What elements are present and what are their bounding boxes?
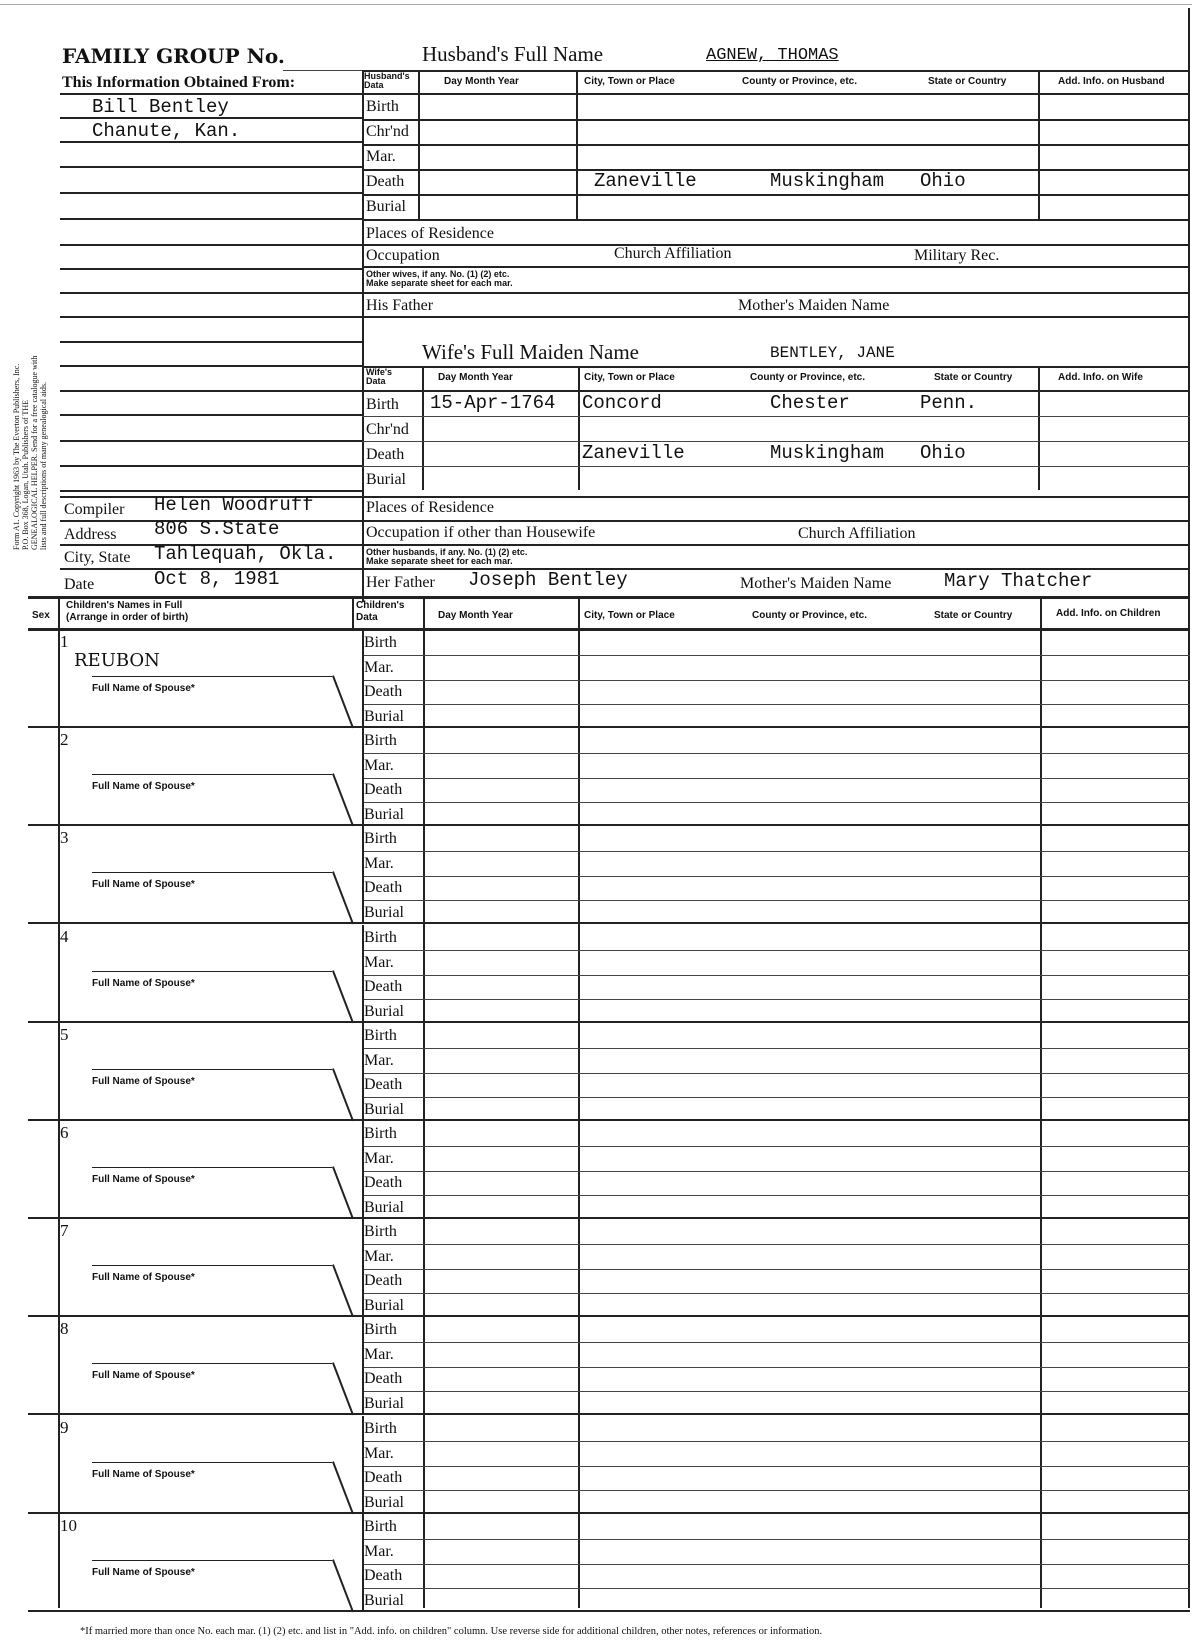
child-event-place[interactable] bbox=[580, 1219, 1038, 1242]
child-event-info[interactable] bbox=[1042, 1170, 1188, 1193]
child-event-label: Death bbox=[364, 683, 402, 701]
obtained-from-rule bbox=[60, 244, 362, 246]
spouse-label: Full Name of Spouse* bbox=[92, 782, 195, 791]
col-line bbox=[352, 598, 354, 628]
col-line bbox=[362, 1121, 364, 1219]
child-event-place[interactable] bbox=[580, 1293, 1038, 1316]
child-number: 4 bbox=[60, 927, 69, 947]
child-event-label: Burial bbox=[364, 904, 404, 922]
wife-event-label: Burial bbox=[366, 471, 406, 489]
obtained-from-rule bbox=[60, 440, 362, 442]
child-event-label: Burial bbox=[364, 1494, 404, 1512]
row-line bbox=[28, 1413, 1190, 1415]
child-event-date[interactable] bbox=[425, 1268, 577, 1291]
obtained-from-rule bbox=[60, 93, 362, 95]
spouse-label: Full Name of Spouse* bbox=[92, 880, 195, 889]
spouse-connector bbox=[332, 1068, 354, 1121]
right-edge bbox=[1188, 8, 1190, 1608]
child-event-info[interactable] bbox=[1042, 1416, 1188, 1439]
child-event-place[interactable] bbox=[580, 1366, 1038, 1389]
child-event-date[interactable] bbox=[425, 950, 577, 973]
child-event-date[interactable] bbox=[425, 1490, 577, 1513]
address-value[interactable]: 806 S.State bbox=[154, 518, 279, 540]
child-event-place[interactable] bbox=[580, 728, 1038, 751]
row-line bbox=[362, 219, 1190, 221]
wife-event-county[interactable]: Muskingham bbox=[770, 442, 884, 464]
child-event-info[interactable] bbox=[1042, 999, 1188, 1022]
child-event-label: Burial bbox=[364, 1101, 404, 1119]
her-father-label: Her Father bbox=[366, 574, 435, 592]
husband-residence-label: Places of Residence bbox=[366, 225, 494, 243]
wife-event-county[interactable]: Chester bbox=[770, 392, 850, 414]
row-line bbox=[362, 316, 1190, 318]
child-event-label: Mar. bbox=[364, 855, 394, 873]
child-event-info[interactable] bbox=[1042, 1072, 1188, 1095]
child-event-info[interactable] bbox=[1042, 1588, 1188, 1611]
husband-data-label: Husband'sData bbox=[364, 72, 410, 90]
child-event-info[interactable] bbox=[1042, 802, 1188, 825]
husband-event-label: Mar. bbox=[366, 148, 396, 166]
spouse-line bbox=[92, 1462, 332, 1463]
col-header-state: State or Country bbox=[934, 372, 1012, 383]
child-event-label: Birth bbox=[364, 1518, 397, 1536]
child-event-info[interactable] bbox=[1042, 777, 1188, 800]
child-event-info[interactable] bbox=[1042, 655, 1188, 678]
obtained-from-line-2[interactable]: Chanute, Kan. bbox=[92, 120, 240, 142]
child-event-label: Burial bbox=[364, 1592, 404, 1610]
spouse-connector bbox=[332, 970, 354, 1023]
child-event-label: Birth bbox=[364, 732, 397, 750]
child-event-date[interactable] bbox=[425, 875, 577, 898]
child-event-place[interactable] bbox=[580, 1268, 1038, 1291]
spouse-line bbox=[92, 676, 332, 677]
wife-residence-label: Places of Residence bbox=[366, 499, 494, 517]
child-event-info[interactable] bbox=[1042, 1219, 1188, 1242]
child-event-info[interactable] bbox=[1042, 1048, 1188, 1071]
child-event-place[interactable] bbox=[580, 851, 1038, 874]
child-event-place[interactable] bbox=[580, 1048, 1038, 1071]
his-mother-label: Mother's Maiden Name bbox=[738, 297, 889, 315]
wife-event-label: Death bbox=[366, 446, 404, 464]
child-event-date[interactable] bbox=[425, 704, 577, 727]
husband-event-label: Burial bbox=[366, 198, 406, 216]
child-event-info[interactable] bbox=[1042, 1563, 1188, 1586]
child-event-date[interactable] bbox=[425, 1391, 577, 1414]
child-event-info[interactable] bbox=[1042, 826, 1188, 849]
col-header-info: Add. Info. on Wife bbox=[1058, 372, 1143, 383]
child-event-label: Mar. bbox=[364, 1445, 394, 1463]
col-header-info: Add. Info. on Children bbox=[1056, 608, 1160, 619]
obtained-from-rule bbox=[60, 166, 362, 168]
husband-event-label: Birth bbox=[366, 98, 399, 116]
child-event-place[interactable] bbox=[580, 1514, 1038, 1537]
child-event-date[interactable] bbox=[425, 777, 577, 800]
child-event-place[interactable] bbox=[580, 704, 1038, 727]
child-event-info[interactable] bbox=[1042, 1146, 1188, 1169]
child-event-label: Death bbox=[364, 1370, 402, 1388]
child-event-date[interactable] bbox=[425, 826, 577, 849]
child-event-date[interactable] bbox=[425, 728, 577, 751]
her-mother-label: Mother's Maiden Name bbox=[740, 575, 891, 593]
child-event-place[interactable] bbox=[580, 655, 1038, 678]
address-label: Address bbox=[64, 526, 116, 544]
sex-header: Sex bbox=[32, 610, 50, 621]
child-event-info[interactable] bbox=[1042, 1391, 1188, 1414]
obtained-from-rule bbox=[60, 365, 362, 367]
col-line bbox=[362, 925, 364, 1023]
row-line bbox=[28, 1610, 1190, 1612]
spouse-line bbox=[92, 1363, 332, 1364]
child-event-date[interactable] bbox=[425, 999, 577, 1022]
child-event-place[interactable] bbox=[580, 925, 1038, 948]
child-event-place[interactable] bbox=[580, 1588, 1038, 1611]
child-event-place[interactable] bbox=[580, 1317, 1038, 1340]
col-header-date: Day Month Year bbox=[438, 372, 513, 383]
spouse-connector bbox=[332, 1559, 354, 1612]
child-event-place[interactable] bbox=[580, 950, 1038, 973]
child-event-info[interactable] bbox=[1042, 1244, 1188, 1267]
child-event-label: Death bbox=[364, 1567, 402, 1585]
child-event-info[interactable] bbox=[1042, 679, 1188, 702]
child-event-info[interactable] bbox=[1042, 900, 1188, 923]
child-event-label: Mar. bbox=[364, 1150, 394, 1168]
wife-name-label: Wife's Full Maiden Name bbox=[422, 340, 639, 365]
child-event-date[interactable] bbox=[425, 679, 577, 702]
child-event-date[interactable] bbox=[425, 1342, 577, 1365]
child-event-place[interactable] bbox=[580, 1195, 1038, 1218]
spouse-connector bbox=[332, 871, 354, 924]
husband-event-label: Death bbox=[366, 173, 404, 191]
child-event-date[interactable] bbox=[425, 655, 577, 678]
child-event-date[interactable] bbox=[425, 1465, 577, 1488]
child-event-label: Birth bbox=[364, 1027, 397, 1045]
husband-church-label: Church Affiliation bbox=[614, 245, 731, 263]
spouse-label: Full Name of Spouse* bbox=[92, 1273, 195, 1282]
children-table-top bbox=[28, 596, 1190, 599]
child-event-label: Mar. bbox=[364, 1052, 394, 1070]
row-line bbox=[362, 416, 1190, 417]
child-event-info[interactable] bbox=[1042, 875, 1188, 898]
husband-name-value[interactable]: AGNEW, THOMAS bbox=[706, 46, 839, 65]
spouse-line bbox=[92, 971, 332, 972]
husband-occupation-label: Occupation bbox=[366, 247, 440, 265]
children-names-header: Children's Names in Full(Arrange in orde… bbox=[66, 600, 188, 624]
husband-table-top bbox=[362, 70, 1190, 72]
child-event-date[interactable] bbox=[425, 1170, 577, 1193]
child-number: 10 bbox=[60, 1516, 77, 1536]
compiler-label: Compiler bbox=[64, 501, 124, 519]
spouse-label: Full Name of Spouse* bbox=[92, 684, 195, 693]
child-number: 9 bbox=[60, 1418, 69, 1438]
date-value[interactable]: Oct 8, 1981 bbox=[154, 568, 279, 590]
col-header-info: Add. Info. on Husband bbox=[1058, 76, 1165, 87]
col-header-city: City, Town or Place bbox=[584, 372, 675, 383]
child-event-place[interactable] bbox=[580, 999, 1038, 1022]
husband-event-county[interactable]: Muskingham bbox=[770, 170, 884, 192]
child-event-place[interactable] bbox=[580, 1342, 1038, 1365]
child-event-date[interactable] bbox=[425, 1219, 577, 1242]
child-event-label: Birth bbox=[364, 830, 397, 848]
child-number: 1 bbox=[60, 632, 69, 652]
child-event-date[interactable] bbox=[425, 1072, 577, 1095]
child-event-date[interactable] bbox=[425, 1588, 577, 1611]
spouse-connector bbox=[332, 675, 354, 728]
child-event-date[interactable] bbox=[425, 753, 577, 776]
child-event-info[interactable] bbox=[1042, 925, 1188, 948]
copyright-notice: Form A1. Copyright 1963 by The Everton P… bbox=[12, 300, 48, 550]
spouse-line bbox=[92, 774, 332, 775]
child-event-date[interactable] bbox=[425, 1146, 577, 1169]
obtained-from-rule bbox=[60, 414, 362, 416]
child-event-place[interactable] bbox=[580, 1097, 1038, 1120]
child-event-date[interactable] bbox=[425, 1195, 577, 1218]
child-event-label: Death bbox=[364, 1272, 402, 1290]
child-event-info[interactable] bbox=[1042, 704, 1188, 727]
child-event-date[interactable] bbox=[425, 1539, 577, 1562]
child-event-place[interactable] bbox=[580, 1490, 1038, 1513]
child-event-label: Mar. bbox=[364, 954, 394, 972]
his-father-label: His Father bbox=[366, 297, 433, 315]
wife-event-label: Chr'nd bbox=[366, 421, 409, 439]
row-line bbox=[362, 466, 1190, 467]
child-event-info[interactable] bbox=[1042, 851, 1188, 874]
wife-event-date[interactable]: 15-Apr-1764 bbox=[430, 392, 555, 414]
copyright-line: Form A1. Copyright 1963 by The Everton P… bbox=[12, 300, 21, 550]
children-data-header: Children'sData bbox=[356, 600, 405, 624]
copyright-line: GENEALOGICAL HELPER. Send for a free cat… bbox=[30, 300, 39, 550]
husband-event-label: Chr'nd bbox=[366, 123, 409, 141]
child-event-label: Burial bbox=[364, 1199, 404, 1217]
obtained-from-rule bbox=[60, 465, 362, 467]
col-header-date: Day Month Year bbox=[444, 76, 519, 87]
child-event-info[interactable] bbox=[1042, 753, 1188, 776]
spouse-label: Full Name of Spouse* bbox=[92, 1175, 195, 1184]
child-number: 2 bbox=[60, 730, 69, 750]
spouse-label: Full Name of Spouse* bbox=[92, 1371, 195, 1380]
child-event-place[interactable] bbox=[580, 630, 1038, 653]
child-number: 8 bbox=[60, 1319, 69, 1339]
child-event-label: Burial bbox=[364, 708, 404, 726]
child-event-label: Burial bbox=[364, 1297, 404, 1315]
child-event-info[interactable] bbox=[1042, 1514, 1188, 1537]
child-event-date[interactable] bbox=[425, 1317, 577, 1340]
child-event-label: Death bbox=[364, 1469, 402, 1487]
child-event-label: Mar. bbox=[364, 659, 394, 677]
child-event-place[interactable] bbox=[580, 1563, 1038, 1586]
city-state-label: City, State bbox=[64, 549, 131, 567]
obtained-from-rule bbox=[60, 141, 362, 143]
child-event-date[interactable] bbox=[425, 974, 577, 997]
child-event-place[interactable] bbox=[580, 826, 1038, 849]
child-event-label: Death bbox=[364, 1076, 402, 1094]
child-event-date[interactable] bbox=[425, 1244, 577, 1267]
obtained-from-rule bbox=[60, 268, 362, 270]
col-header-date: Day Month Year bbox=[438, 610, 513, 621]
child-event-date[interactable] bbox=[425, 1441, 577, 1464]
child-event-date[interactable] bbox=[425, 802, 577, 825]
child-event-place[interactable] bbox=[580, 1170, 1038, 1193]
col-line bbox=[422, 366, 424, 490]
child-event-date[interactable] bbox=[425, 1121, 577, 1144]
child-event-place[interactable] bbox=[580, 1072, 1038, 1095]
section-divider bbox=[362, 70, 364, 602]
date-label: Date bbox=[64, 576, 94, 594]
child-event-date[interactable] bbox=[425, 1293, 577, 1316]
child-event-place[interactable] bbox=[580, 900, 1038, 923]
child-event-label: Birth bbox=[364, 1321, 397, 1339]
child-event-date[interactable] bbox=[425, 1023, 577, 1046]
child-event-place[interactable] bbox=[580, 1441, 1038, 1464]
her-mother-value[interactable]: Mary Thatcher bbox=[944, 570, 1092, 592]
wife-table-top bbox=[362, 366, 1190, 368]
col-line bbox=[362, 1416, 364, 1514]
child-event-label: Death bbox=[364, 879, 402, 897]
child-event-place[interactable] bbox=[580, 875, 1038, 898]
spouse-connector bbox=[332, 1461, 354, 1514]
husband-military-label: Military Rec. bbox=[914, 247, 999, 265]
child-event-place[interactable] bbox=[580, 679, 1038, 702]
col-line bbox=[578, 366, 580, 490]
child-event-date[interactable] bbox=[425, 1416, 577, 1439]
child-event-label: Mar. bbox=[364, 1543, 394, 1561]
col-header-county: County or Province, etc. bbox=[752, 610, 867, 621]
child-event-label: Burial bbox=[364, 1003, 404, 1021]
obtained-from-rule bbox=[60, 390, 362, 392]
row-line bbox=[362, 266, 1190, 268]
child-number: 3 bbox=[60, 828, 69, 848]
col-header-county: County or Province, etc. bbox=[742, 76, 857, 87]
child-event-place[interactable] bbox=[580, 1416, 1038, 1439]
child-event-label: Birth bbox=[364, 1125, 397, 1143]
child-event-info[interactable] bbox=[1042, 630, 1188, 653]
spouse-connector bbox=[332, 773, 354, 826]
row-line bbox=[362, 93, 1190, 95]
wife-event-city[interactable]: Concord bbox=[582, 392, 662, 414]
wife-event-state[interactable]: Penn. bbox=[920, 392, 977, 414]
child-event-label: Mar. bbox=[364, 1346, 394, 1364]
obtained-from-line-1[interactable]: Bill Bentley bbox=[92, 96, 229, 118]
obtained-from-rule bbox=[60, 192, 362, 194]
child-name[interactable]: REUBON bbox=[74, 650, 160, 671]
child-event-place[interactable] bbox=[580, 1023, 1038, 1046]
spouse-line bbox=[92, 1265, 332, 1266]
form-title: FAMILY GROUP No. bbox=[62, 44, 285, 68]
husband-event-city[interactable]: Zaneville bbox=[594, 170, 697, 192]
child-event-info[interactable] bbox=[1042, 728, 1188, 751]
child-event-place[interactable] bbox=[580, 974, 1038, 997]
other-husbands-label: Other husbands, if any. No. (1) (2) etc.… bbox=[366, 548, 527, 566]
child-event-place[interactable] bbox=[580, 1391, 1038, 1414]
family-group-no-line bbox=[283, 70, 363, 71]
child-event-info[interactable] bbox=[1042, 950, 1188, 973]
child-event-place[interactable] bbox=[580, 1244, 1038, 1267]
child-event-date[interactable] bbox=[425, 851, 577, 874]
husband-event-state[interactable]: Ohio bbox=[920, 170, 966, 192]
child-event-info[interactable] bbox=[1042, 1539, 1188, 1562]
child-number: 5 bbox=[60, 1025, 69, 1045]
child-number: 6 bbox=[60, 1123, 69, 1143]
copyright-line: P.O. Box 368, Logan, Utah. Publishers of… bbox=[21, 300, 30, 550]
wife-event-label: Birth bbox=[366, 396, 399, 414]
child-event-date[interactable] bbox=[425, 1514, 577, 1537]
row-line bbox=[362, 244, 1190, 246]
child-event-date[interactable] bbox=[425, 1366, 577, 1389]
wife-event-state[interactable]: Ohio bbox=[920, 442, 966, 464]
child-event-label: Mar. bbox=[364, 1248, 394, 1266]
obtained-from-rule bbox=[60, 218, 362, 220]
child-event-info[interactable] bbox=[1042, 974, 1188, 997]
obtained-from-rule bbox=[60, 341, 362, 343]
child-event-info[interactable] bbox=[1042, 1023, 1188, 1046]
spouse-label: Full Name of Spouse* bbox=[92, 1568, 195, 1577]
child-event-place[interactable] bbox=[580, 1146, 1038, 1169]
scan-edge bbox=[0, 4, 1192, 5]
child-event-info[interactable] bbox=[1042, 1317, 1188, 1340]
child-event-place[interactable] bbox=[580, 753, 1038, 776]
child-event-place[interactable] bbox=[580, 802, 1038, 825]
child-event-label: Birth bbox=[364, 1420, 397, 1438]
compiler-value[interactable]: Helen Woodruff bbox=[154, 494, 314, 516]
row-line bbox=[28, 922, 1190, 924]
child-event-place[interactable] bbox=[580, 1539, 1038, 1562]
child-event-label: Burial bbox=[364, 1395, 404, 1413]
col-line bbox=[362, 728, 364, 826]
child-event-label: Death bbox=[364, 978, 402, 996]
child-event-label: Death bbox=[364, 1174, 402, 1192]
child-event-date[interactable] bbox=[425, 900, 577, 923]
obtained-from-rule bbox=[60, 117, 362, 119]
child-event-date[interactable] bbox=[425, 1097, 577, 1120]
child-event-date[interactable] bbox=[425, 630, 577, 653]
child-event-info[interactable] bbox=[1042, 1366, 1188, 1389]
child-event-label: Birth bbox=[364, 1223, 397, 1241]
child-event-place[interactable] bbox=[580, 1121, 1038, 1144]
spouse-connector bbox=[332, 1166, 354, 1219]
child-event-label: Birth bbox=[364, 634, 397, 652]
child-event-place[interactable] bbox=[580, 777, 1038, 800]
spouse-line bbox=[92, 1167, 332, 1168]
child-event-info[interactable] bbox=[1042, 1342, 1188, 1365]
child-event-place[interactable] bbox=[580, 1465, 1038, 1488]
child-event-date[interactable] bbox=[425, 1048, 577, 1071]
col-header-city: City, Town or Place bbox=[584, 76, 675, 87]
child-event-label: Mar. bbox=[364, 757, 394, 775]
child-event-info[interactable] bbox=[1042, 1441, 1188, 1464]
col-line bbox=[362, 1317, 364, 1415]
row-line bbox=[362, 194, 1190, 196]
row-line bbox=[362, 292, 1190, 294]
child-event-date[interactable] bbox=[425, 925, 577, 948]
child-event-info[interactable] bbox=[1042, 1097, 1188, 1120]
her-father-value[interactable]: Joseph Bentley bbox=[468, 569, 628, 591]
spouse-line bbox=[92, 1069, 332, 1070]
child-event-info[interactable] bbox=[1042, 1121, 1188, 1144]
col-line bbox=[362, 1514, 364, 1612]
child-event-info[interactable] bbox=[1042, 1268, 1188, 1291]
obtained-from-rule bbox=[60, 490, 362, 492]
child-event-info[interactable] bbox=[1042, 1195, 1188, 1218]
footnote: *If married more than once No. each mar.… bbox=[80, 1626, 822, 1637]
wife-event-city[interactable]: Zaneville bbox=[582, 442, 685, 464]
child-event-info[interactable] bbox=[1042, 1490, 1188, 1513]
other-wives-label: Other wives, if any. No. (1) (2) etc.Mak… bbox=[366, 270, 513, 288]
col-header-state: State or Country bbox=[934, 610, 1012, 621]
city-state-value[interactable]: Tahlequah, Okla. bbox=[154, 543, 336, 565]
child-event-info[interactable] bbox=[1042, 1465, 1188, 1488]
wife-name-value[interactable]: BENTLEY, JANE bbox=[770, 344, 895, 362]
child-event-info[interactable] bbox=[1042, 1293, 1188, 1316]
child-event-date[interactable] bbox=[425, 1563, 577, 1586]
